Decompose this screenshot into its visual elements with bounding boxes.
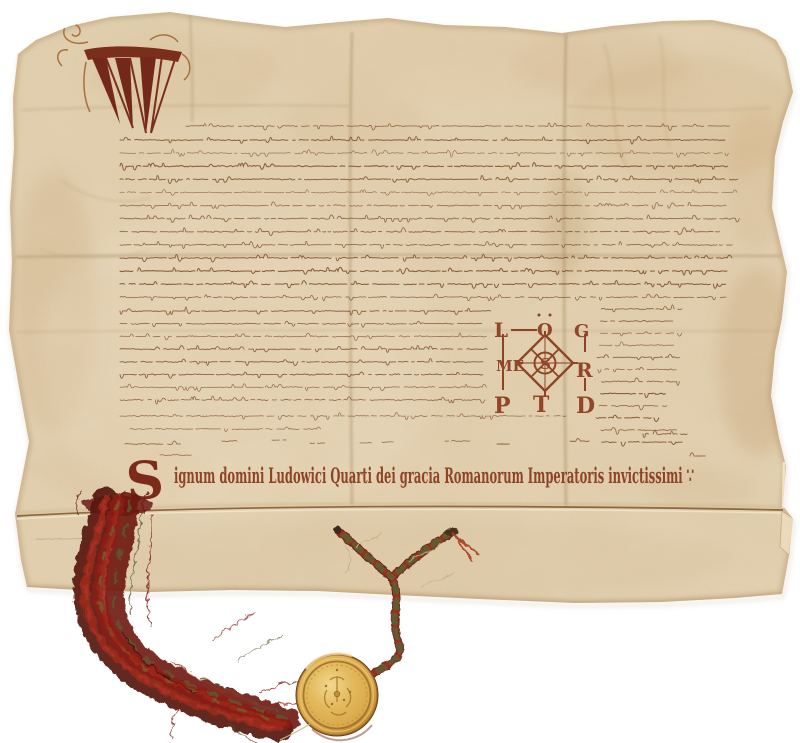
- decorative-shape: [282, 92, 422, 152]
- decorative-shape: [325, 685, 327, 687]
- decorative-shape: [235, 634, 280, 660]
- monogram-letter-O: O: [537, 320, 553, 341]
- cord-end-knot: [332, 525, 340, 533]
- monogram-letter-T: T: [533, 392, 550, 418]
- signum-text: ignum domini Ludowici Quarti dei gracia …: [174, 464, 694, 489]
- decorative-shape: [210, 610, 252, 640]
- decorative-shape: [343, 699, 345, 701]
- monogram-letter-P: P: [494, 393, 511, 419]
- charter-canvas: W: [0, 0, 800, 743]
- cord-end-knot: [445, 527, 457, 536]
- monogram-letter-L: L: [494, 318, 508, 342]
- monogram-letter-ME: ME: [496, 357, 524, 375]
- golden-bull-seal: [280, 654, 378, 741]
- monogram-letter-D: D: [576, 393, 595, 419]
- decorative-shape: [349, 691, 351, 693]
- monogram-letter-R: R: [576, 358, 593, 382]
- decorative-shape: [538, 314, 541, 317]
- decorative-shape: [331, 703, 333, 705]
- decorative-shape: [549, 314, 552, 317]
- charter-photograph: W: [0, 0, 800, 743]
- monogram-letter-G: G: [574, 321, 589, 342]
- decorative-shape: [336, 669, 338, 671]
- seal-center-boss: [334, 691, 340, 697]
- monogram-letter-S: S: [540, 355, 551, 373]
